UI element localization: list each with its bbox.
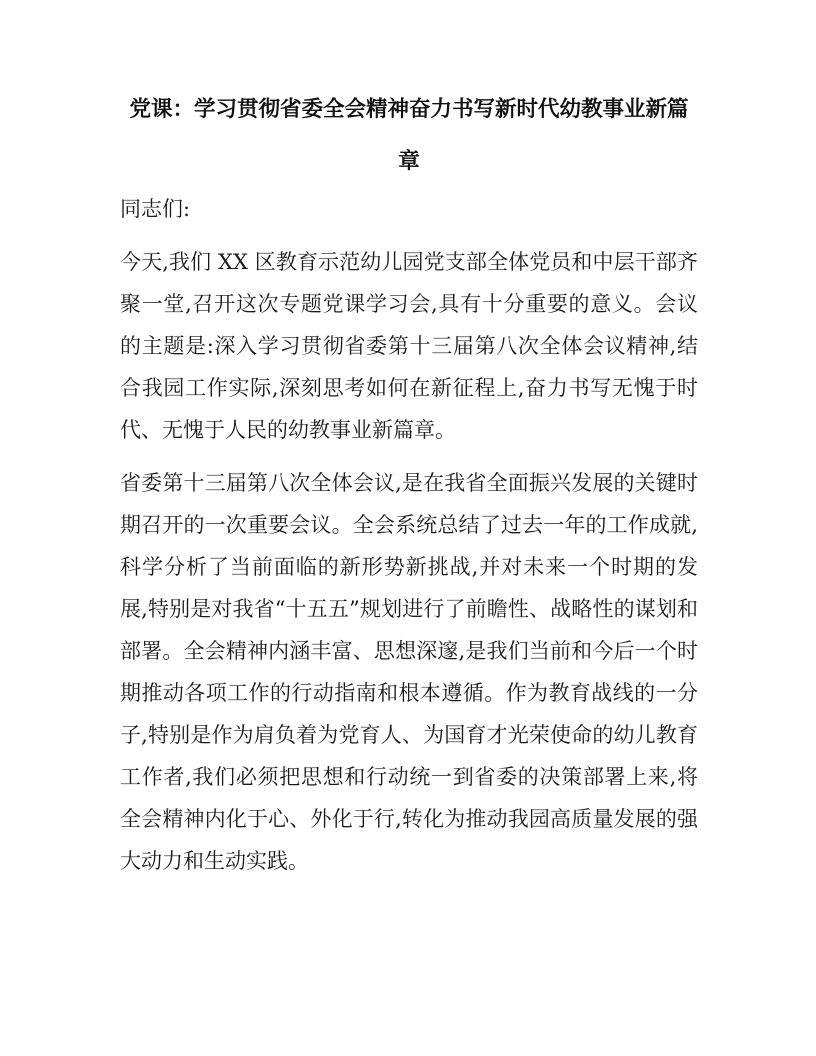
document-title: 党课：学习贯彻省委全会精神奋力书写新时代幼教事业新篇章 bbox=[120, 84, 698, 188]
body-paragraph-2: 省委第十三届第八次全体会议,是在我省全面振兴发展的关键时期召开的一次重要会议。全… bbox=[120, 462, 698, 882]
body-paragraph-1: 今天,我们 XX 区教育示范幼儿园党支部全体党员和中层干部齐聚一堂,召开这次专题… bbox=[120, 241, 698, 451]
document-page: 党课：学习贯彻省委全会精神奋力书写新时代幼教事业新篇章 同志们: 今天,我们 X… bbox=[0, 0, 816, 1056]
salutation-line: 同志们: bbox=[120, 188, 698, 230]
document-content: 党课：学习贯彻省委全会精神奋力书写新时代幼教事业新篇章 同志们: 今天,我们 X… bbox=[120, 84, 698, 893]
